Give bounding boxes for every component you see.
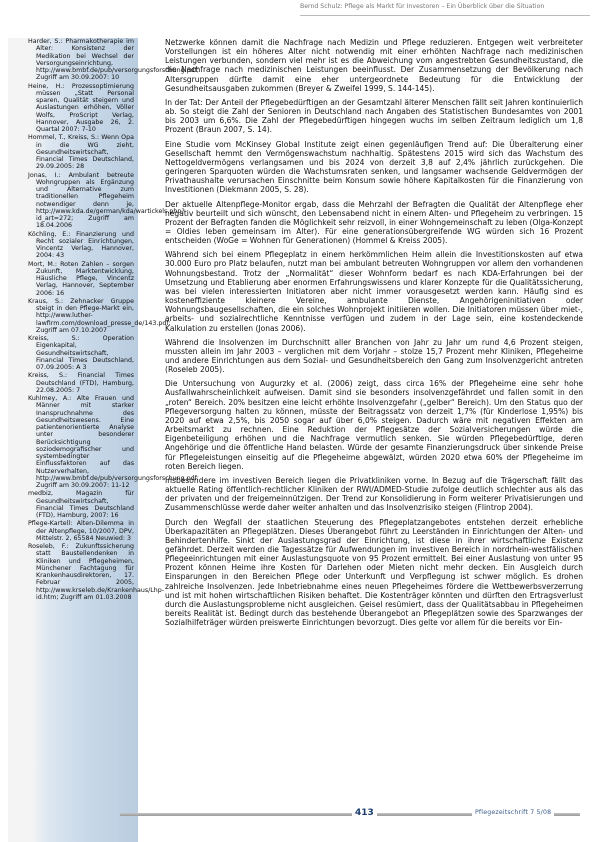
reference-item: Kreiss, S.: Operation Eigenkapital, Gesu…	[28, 335, 134, 371]
body-paragraph: Netzwerke können damit die Nachfrage nac…	[165, 38, 583, 93]
body-paragraph: Der aktuelle Altenpflege-Monitor ergab, …	[165, 200, 583, 246]
running-header: Bernd Schulz: Pflege als Markt für Inves…	[300, 0, 590, 16]
body-paragraph: Die Untersuchung von Augurzky et al. (20…	[165, 379, 583, 471]
body-paragraph: Während die Insolvenzen im Durchschnitt …	[165, 338, 583, 375]
body-paragraph: In der Tat: Der Anteil der Pflegebedürft…	[165, 98, 583, 135]
reference-item: Hommel, T., Kreiss, S.: Wenn Opa in die …	[28, 134, 134, 170]
page-footer: 413 Pflegezeitschrift 7 5/08	[120, 808, 595, 822]
reference-item: Köchling, E.: Finanzierung und Recht soz…	[28, 231, 134, 260]
body-paragraph: Während sich bei einem Pflegeplatz in ei…	[165, 250, 583, 332]
article-body: Netzwerke können damit die Nachfrage nac…	[165, 38, 583, 632]
reference-item: Harder, S.: Pharmakotherapie im Alter: K…	[28, 38, 134, 82]
body-paragraph: Insbesondere im investiven Bereich liege…	[165, 476, 583, 513]
reference-item: Mort, M.: Roten Zahlen – sorgen Zukunft,…	[28, 261, 134, 297]
body-paragraph: Durch den Wegfall der staatlichen Steuer…	[165, 518, 583, 628]
reference-item: Heine, H.: Prozessoptimierung müssen „St…	[28, 83, 134, 134]
reference-item: Jonas, I.: Ambulant betreute Wohngruppen…	[28, 172, 134, 230]
reference-item: Roseleb, F.: Zukunftssicherung statt Bau…	[28, 543, 134, 601]
reference-list: Harder, S.: Pharmakotherapie im Alter: K…	[28, 38, 134, 602]
reference-item: Kuhlmey, A.: Alte Frauen und Männer mit …	[28, 395, 134, 489]
reference-item: medbiz, Magazin für Gesundheitswirtschaf…	[28, 490, 134, 519]
page-number: 413	[352, 808, 377, 818]
reference-item: Kreiss, S.: Financial Times Deutschland …	[28, 372, 134, 394]
reference-item: Kraus, S.: Zehnacker Gruppe steigt in de…	[28, 298, 134, 334]
running-title: Bernd Schulz: Pflege als Markt für Inves…	[300, 3, 544, 10]
reference-sidebar: Harder, S.: Pharmakotherapie im Alter: K…	[8, 38, 138, 842]
reference-item: Pflege-Kartell: Alten-Dilemma in der Alt…	[28, 520, 134, 542]
body-paragraph: Eine Studie vom McKinsey Global Institut…	[165, 140, 583, 195]
journal-name: Pflegezeitschrift 7 5/08	[472, 809, 554, 816]
